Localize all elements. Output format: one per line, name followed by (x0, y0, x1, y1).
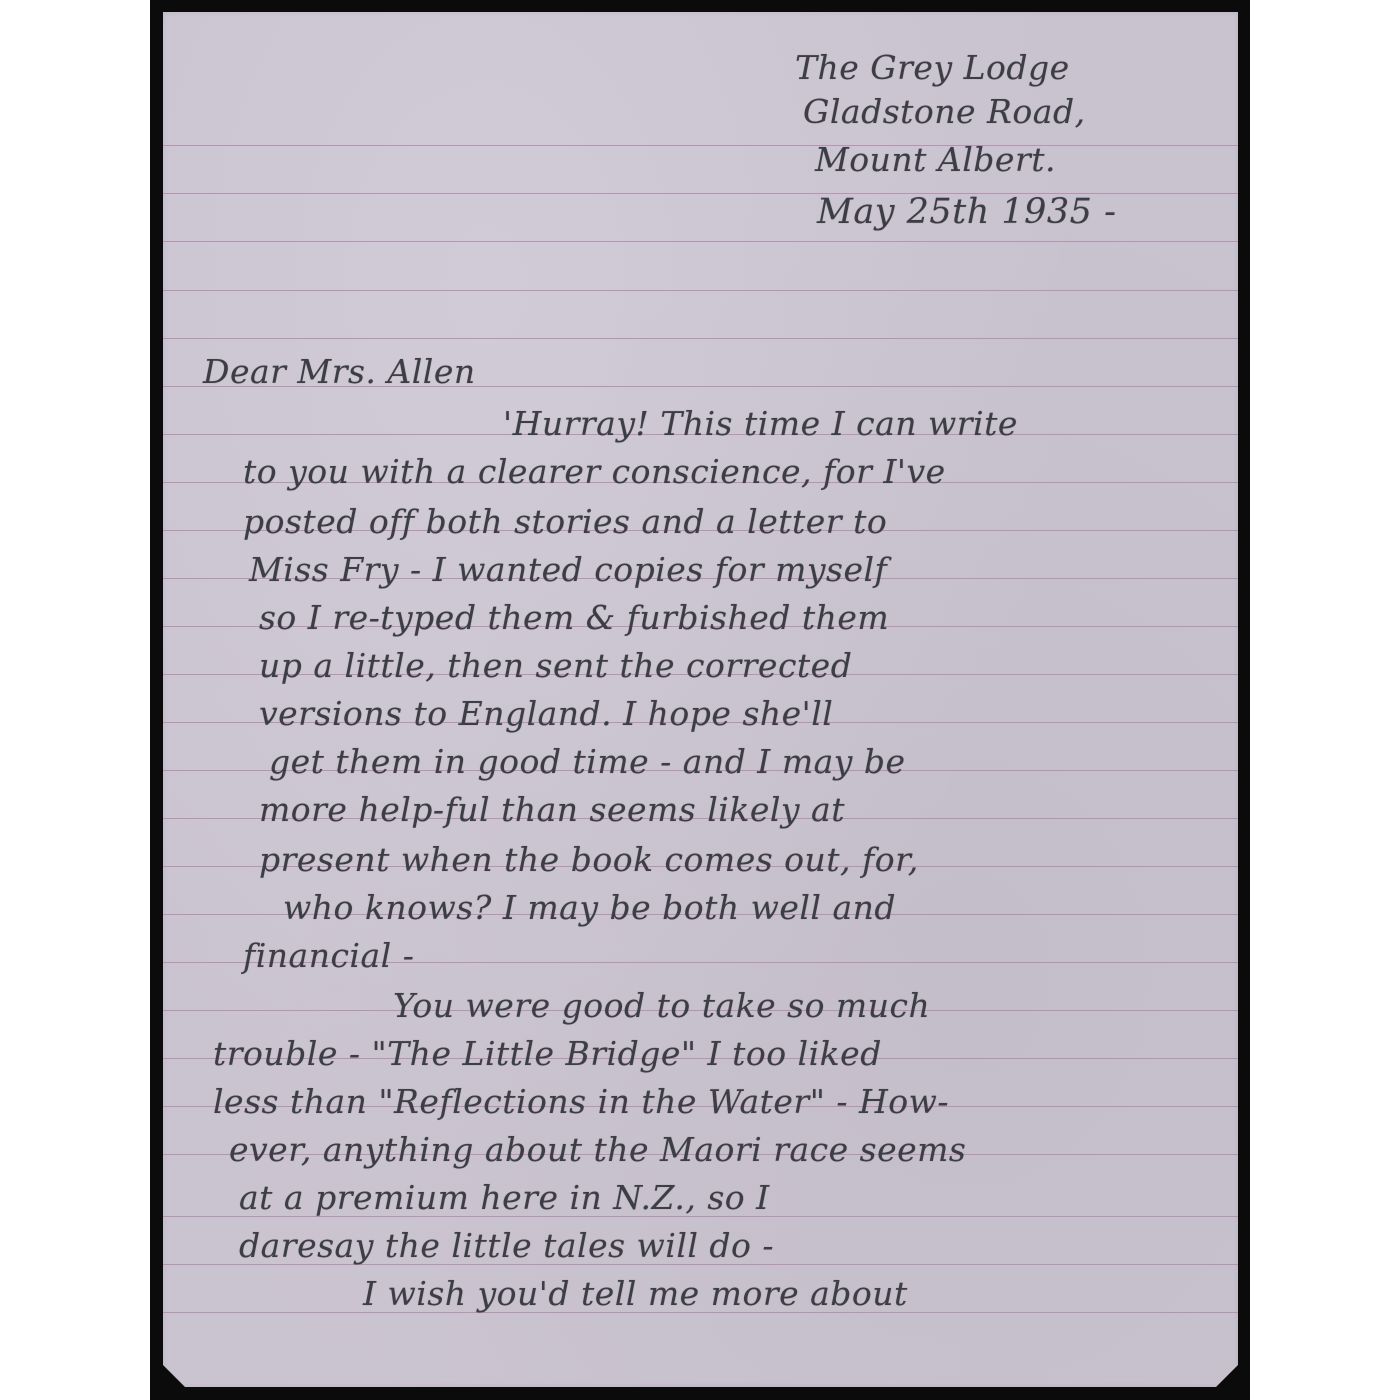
salutation: Dear Mrs. Allen (203, 352, 476, 392)
body-line: trouble - "The Little Bridge" I too like… (213, 1034, 882, 1074)
ruled-line (163, 241, 1238, 242)
body-line: posted off both stories and a letter to (243, 502, 887, 542)
letter-date: May 25th 1935 - (817, 192, 1116, 232)
letter-page: The Grey Lodge Gladstone Road, Mount Alb… (163, 12, 1238, 1387)
body-line: who knows? I may be both well and (283, 888, 896, 928)
body-line: You were good to take so much (393, 986, 930, 1026)
body-line: at a premium here in N.Z., so I (239, 1178, 770, 1218)
address-line-3: Mount Albert. (815, 140, 1056, 180)
scan-canvas: The Grey Lodge Gladstone Road, Mount Alb… (0, 0, 1400, 1400)
body-line: less than "Reflections in the Water" - H… (213, 1082, 949, 1122)
body-line: daresay the little tales will do - (239, 1226, 774, 1266)
body-line: up a little, then sent the corrected (259, 646, 852, 686)
body-line: present when the book comes out, for, (259, 840, 919, 880)
body-line: more help-ful than seems likely at (259, 790, 845, 830)
body-line: ever, anything about the Maori race seem… (229, 1130, 966, 1170)
ruled-line (163, 145, 1238, 146)
body-line: get them in good time - and I may be (269, 742, 906, 782)
body-line: Miss Fry - I wanted copies for myself (249, 550, 887, 590)
body-line: financial - (243, 936, 414, 976)
ruled-line (163, 338, 1238, 339)
body-line: so I re-typed them & furbished them (259, 598, 889, 638)
ruled-line (163, 290, 1238, 291)
address-line-1: The Grey Lodge (795, 48, 1070, 88)
body-line: 'Hurray! This time I can write (503, 404, 1018, 444)
body-line: to you with a clearer conscience, for I'… (243, 452, 946, 492)
address-line-2: Gladstone Road, (803, 92, 1086, 132)
body-line: I wish you'd tell me more about (363, 1274, 908, 1314)
body-line: versions to England. I hope she'll (259, 694, 833, 734)
